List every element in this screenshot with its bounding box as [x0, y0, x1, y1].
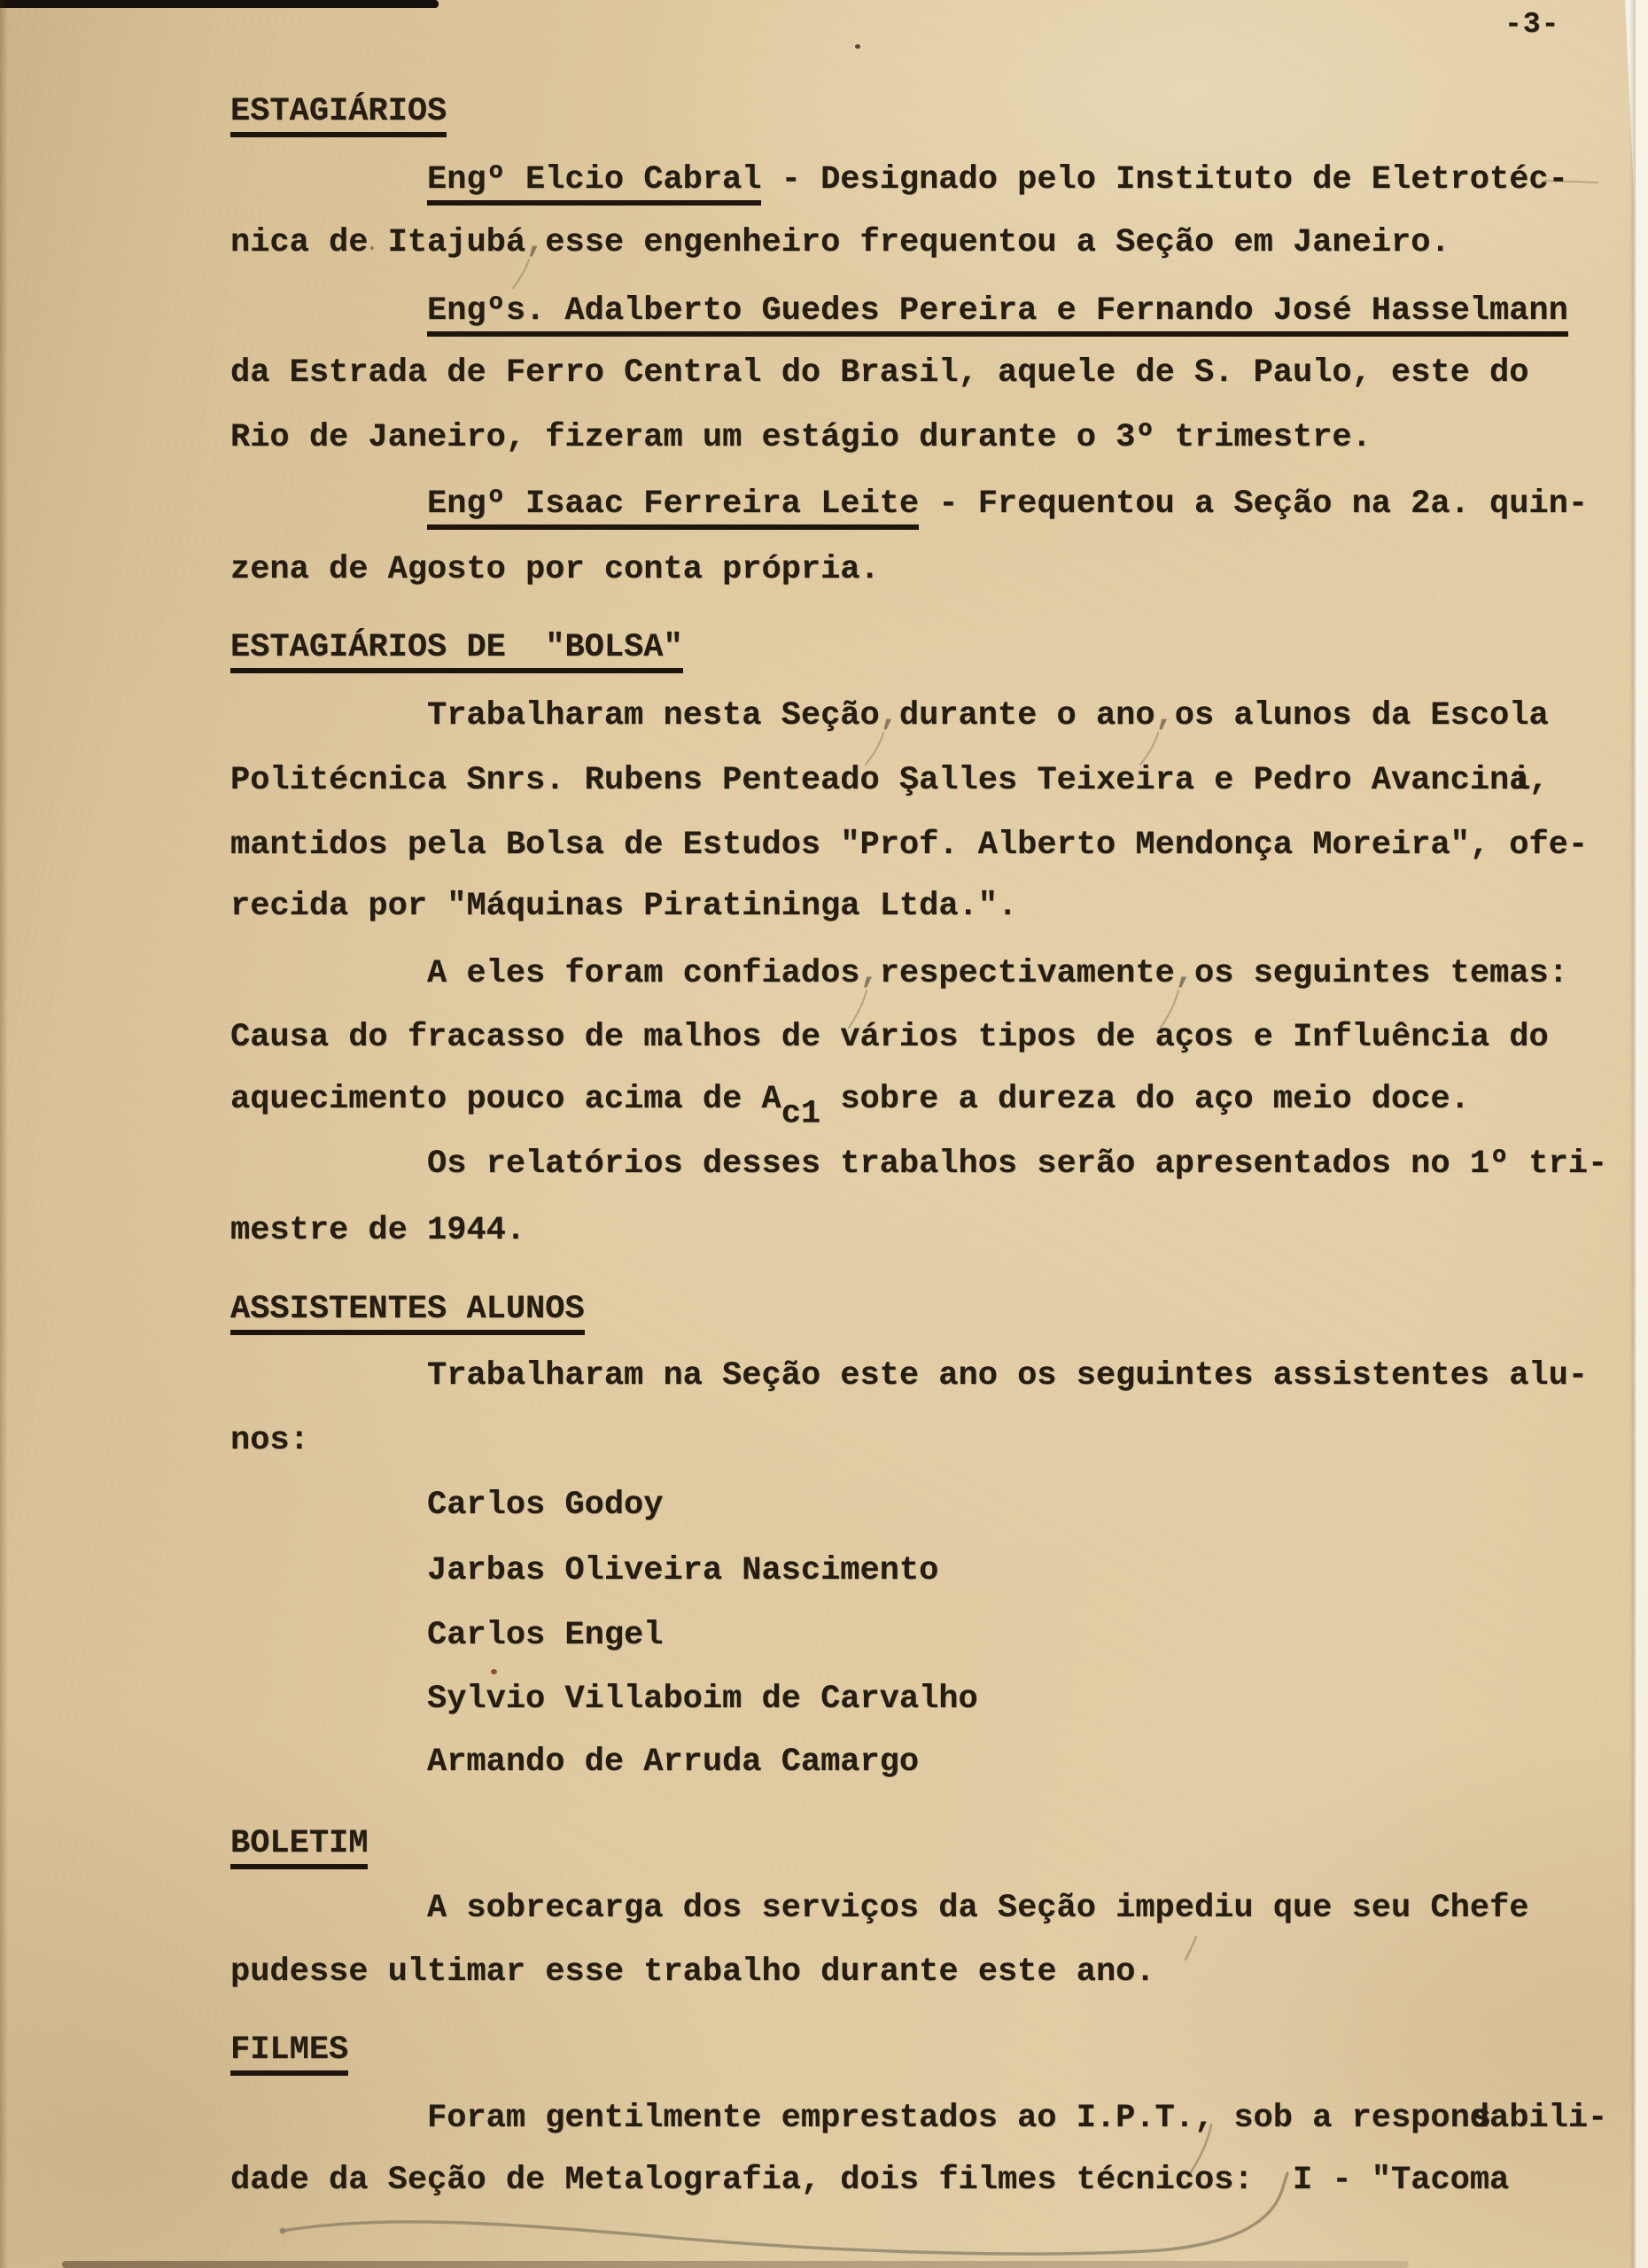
list-name-3: Carlos Engel: [427, 1616, 663, 1655]
scan-edge-black-strip: [0, 0, 439, 8]
scan-background-top-right-corner: [1625, 0, 1636, 230]
para-estagiarios-line-6: Engº Isaac Ferreira Leite - Frequentou a…: [427, 485, 1588, 524]
pencil-comma-tail-ano: [1140, 733, 1158, 765]
pencil-comma-tail-itajuba: [513, 260, 529, 288]
pencil-comma-tail-secao: [866, 733, 883, 765]
list-name-4: Sylvio Villaboim de Carvalho: [427, 1680, 978, 1719]
para-boletim-line-1: A sobrecarga dos serviços da Seção imped…: [427, 1889, 1528, 1928]
overstrike-characters: ai: [1509, 761, 1528, 800]
para-temas-line-1: A eles foram confiados,respectivamente,o…: [427, 954, 1568, 993]
para-bolsa-line-4: recida por "Máquinas Piratininga Ltda.".: [230, 887, 1017, 926]
para-relatorios-line-2: mestre de 1944.: [230, 1211, 525, 1250]
heading-boletim: BOLETIM: [230, 1824, 368, 1863]
para-temas-line-3: aquecimento pouco acima de Ac1 sobre a d…: [230, 1080, 1470, 1119]
para-estagiarios-line-2: nica de Itajubá,esse engenheiro frequent…: [230, 223, 1450, 262]
heading-assistentes-alunos: ASSISTENTES ALUNOS: [230, 1290, 585, 1329]
para-assistentes-line-1: Trabalharam na Seção este ano os seguint…: [427, 1356, 1588, 1395]
pencil-swoosh-start-dot: [280, 2228, 286, 2234]
para-estagiarios-line-1: Engº Elcio Cabral - Designado pelo Insti…: [427, 160, 1568, 199]
pencil-tick-after-ano: [1185, 1937, 1196, 1960]
para-temas-line-2: Causa do fracasso de malhos de vários ti…: [230, 1018, 1549, 1057]
page-left-edge-shadow: [0, 0, 8, 2268]
para-bolsa-line-1: Trabalharam nesta Seção,durante o ano,os…: [427, 696, 1549, 735]
pencil-annotations-layer: [0, 0, 1648, 2268]
list-name-5: Armando de Arruda Camargo: [427, 1743, 919, 1782]
para-estagiarios-line-5: Rio de Janeiro, fizeram um estágio duran…: [230, 418, 1372, 457]
scan-background-right-edge: [1634, 0, 1648, 2268]
heading-filmes: FILMES: [230, 2031, 348, 2070]
page-right-edge-shadow: [1629, 0, 1636, 2268]
para-estagiarios-line-3: Engºs. Adalberto Guedes Pereira e Fernan…: [427, 291, 1568, 330]
paper-speck-red: [491, 1669, 497, 1674]
para-estagiarios-line-4: da Estrada de Ferro Central do Brasil, a…: [230, 353, 1528, 392]
para-relatorios-line-1: Os relatórios desses trabalhos serão apr…: [427, 1145, 1607, 1184]
overstrike-characters: ds: [1470, 2099, 1489, 2138]
list-name-1: Carlos Godoy: [427, 1486, 663, 1525]
scanned-document-page: -3-ESTAGIÁRIOSEngº Elcio Cabral - Design…: [0, 0, 1648, 2268]
page-bottom-edge-shadow: [62, 2261, 1409, 2268]
para-assistentes-line-2: nos:: [230, 1421, 309, 1460]
para-bolsa-line-3: mantidos pela Bolsa de Estudos "Prof. Al…: [230, 826, 1588, 865]
para-filmes-line-1: Foram gentilmente emprestados ao I.P.T.,…: [427, 2099, 1607, 2138]
para-boletim-line-2: pudesse ultimar esse trabalho durante es…: [230, 1953, 1155, 1992]
heading-estagiarios-de-bolsa: ESTAGIÁRIOS DE "BOLSA": [230, 628, 683, 667]
para-filmes-line-2: dade da Seção de Metalografia, dois film…: [230, 2161, 1509, 2200]
para-bolsa-line-2: Politécnica Snrs. Rubens Penteado Şalles…: [230, 761, 1549, 800]
heading-estagiarios: ESTAGIÁRIOS: [230, 92, 447, 131]
para-estagiarios-line-7: zena de Agosto por conta própria.: [230, 550, 880, 589]
paper-speck: [855, 44, 860, 49]
page-number: -3-: [1504, 5, 1559, 44]
list-name-2: Jarbas Oliveira Nascimento: [427, 1551, 938, 1590]
paper-grain-texture: [0, 0, 1648, 2268]
